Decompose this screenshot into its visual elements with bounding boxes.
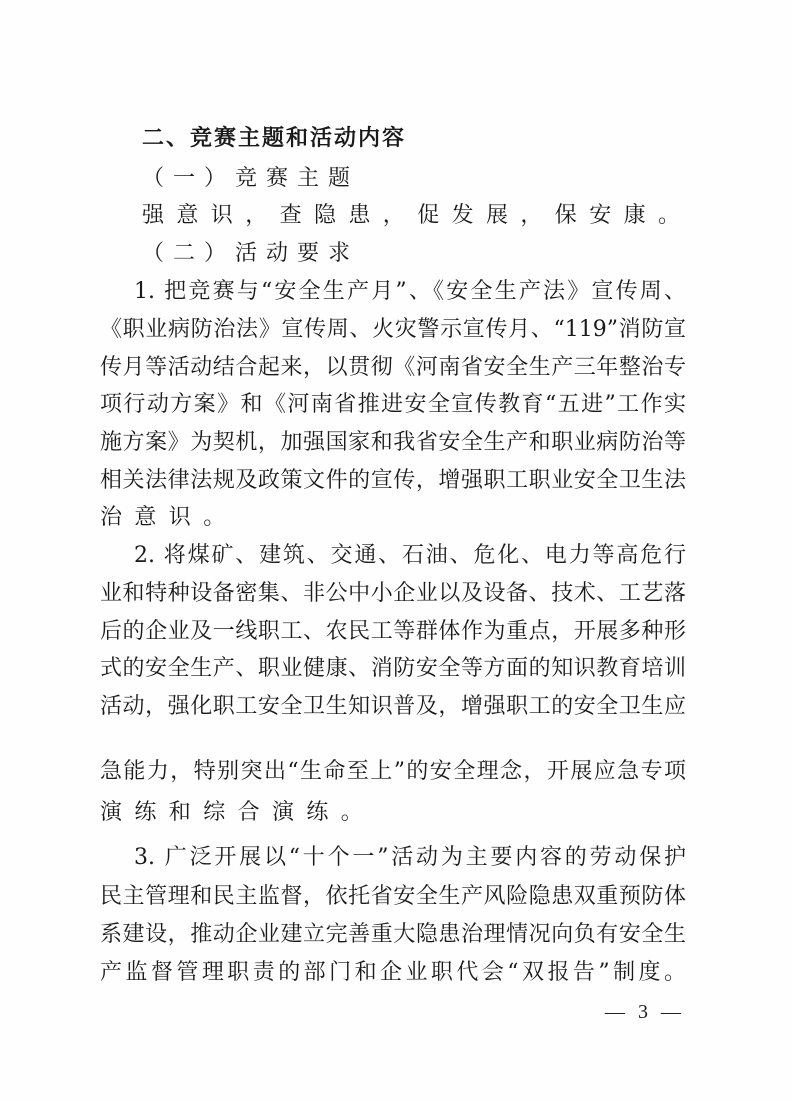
section-heading: 二、竞赛主题和活动内容 bbox=[142, 124, 406, 154]
page-number: — 3 — bbox=[600, 998, 690, 1026]
item-3-line-3: 系建设，推动企业建立完善重大隐患治理情况向负有安全生 bbox=[100, 920, 686, 950]
item-2-line-7: 演练和综合演练。 bbox=[100, 798, 686, 828]
item-1-line-7: 治意识。 bbox=[100, 503, 686, 533]
item-1-line-5: 施方案》为契机，加强国家和我省安全生产和职业病防治等 bbox=[100, 428, 686, 458]
item-2-line-6: 急能力，特别突出“生命至上”的安全理念，开展应急专项 bbox=[100, 757, 686, 787]
item-1-line-1: 1. 把竞赛与“安全生产月”、《安全生产法》宣传周、 bbox=[134, 277, 686, 307]
item-1-line-3: 传月等活动结合起来，以贯彻《河南省安全生产三年整治专 bbox=[100, 353, 686, 383]
item-1-line-4: 项行动方案》和《河南省推进安全宣传教育“五进”工作实 bbox=[100, 390, 686, 420]
document-page: 二、竞赛主题和活动内容 （一）竞赛主题 强意识，查隐患，促发展，保安康。 （二）… bbox=[0, 0, 792, 1100]
item-2-line-3: 后的企业及一线职工、农民工等群体作为重点，开展多种形 bbox=[100, 617, 686, 647]
item-1-line-2: 《职业病防治法》宣传周、火灾警示宣传月、“119”消防宣 bbox=[100, 315, 686, 345]
item-1-line-6: 相关法律法规及政策文件的宣传，增强职工职业安全卫生法 bbox=[100, 466, 686, 496]
item-3-line-4: 产监督管理职责的部门和企业职代会“双报告”制度。 bbox=[100, 958, 686, 988]
subsection-title-theme: （一）竞赛主题 bbox=[142, 164, 359, 194]
item-3-line-2: 民主管理和民主监督，依托省安全生产风险隐患双重预防体 bbox=[100, 882, 686, 912]
subsection-title-requirements: （二）活动要求 bbox=[142, 239, 359, 269]
item-2-line-4: 式的安全生产、职业健康、消防安全等方面的知识教育培训 bbox=[100, 654, 686, 684]
theme-slogan: 强意识，查隐患，促发展，保安康。 bbox=[142, 201, 692, 231]
item-2-line-2: 业和特种设备密集、非公中小企业以及设备、技术、工艺落 bbox=[100, 579, 686, 609]
item-2-line-5: 活动，强化职工安全卫生知识普及，增强职工的安全卫生应 bbox=[100, 692, 686, 722]
item-2-line-1: 2. 将煤矿、建筑、交通、石油、危化、电力等高危行 bbox=[134, 541, 686, 571]
item-3-line-1: 3. 广泛开展以“十个一”活动为主要内容的劳动保护 bbox=[134, 843, 686, 873]
